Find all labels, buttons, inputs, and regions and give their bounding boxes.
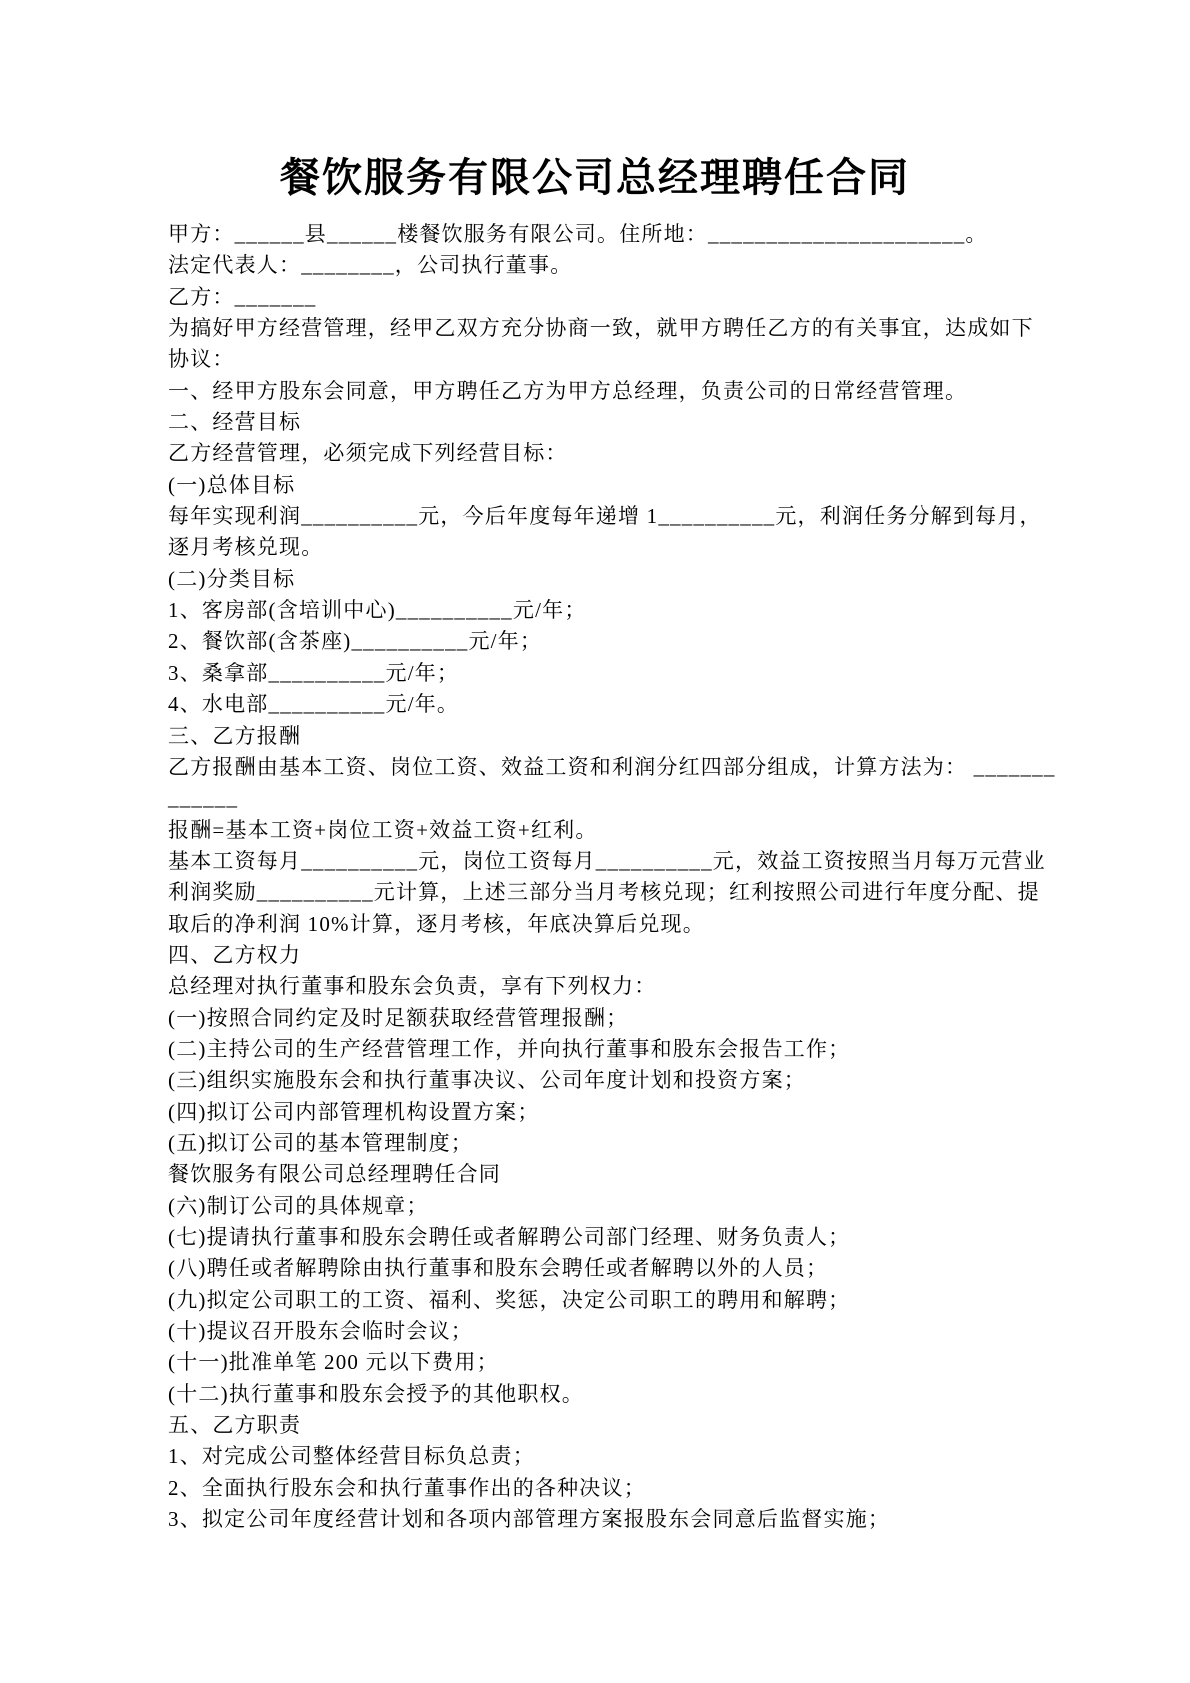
document-line: (七)提请执行董事和股东会聘任或者解聘公司部门经理、财务负责人； bbox=[168, 1222, 1048, 1253]
document-line: 3、拟定公司年度经营计划和各项内部管理方案报股东会同意后监督实施； bbox=[168, 1504, 1048, 1535]
document-title: 餐饮服务有限公司总经理聘任合同 bbox=[0, 152, 1190, 204]
document-line: 法定代表人：________，公司执行董事。 bbox=[168, 250, 1048, 281]
document-line: (三)组织实施股东会和执行董事决议、公司年度计划和投资方案； bbox=[168, 1065, 1048, 1096]
document-line: 乙方经营管理，必须完成下列经营目标： bbox=[168, 438, 1048, 469]
document-line: (一)总体目标 bbox=[168, 470, 1048, 501]
document-body: 甲方：______县______楼餐饮服务有限公司。住所地：__________… bbox=[168, 219, 1048, 1535]
document-line: 利润奖励__________元计算，上述三部分当月考核兑现；红利按照公司进行年度… bbox=[168, 877, 1048, 908]
document-line: 取后的净利润 10%计算，逐月考核，年底决算后兑现。 bbox=[168, 909, 1048, 940]
document-line: 协议： bbox=[168, 344, 1048, 375]
document-line: 三、乙方报酬 bbox=[168, 721, 1048, 752]
document-line: (四)拟订公司内部管理机构设置方案； bbox=[168, 1097, 1048, 1128]
document-line: 总经理对执行董事和股东会负责，享有下列权力： bbox=[168, 971, 1048, 1002]
contract-page: 餐饮服务有限公司总经理聘任合同 甲方：______县______楼餐饮服务有限公… bbox=[0, 0, 1190, 1683]
document-line: 一、经甲方股东会同意，甲方聘任乙方为甲方总经理，负责公司的日常经营管理。 bbox=[168, 376, 1048, 407]
document-line: 五、乙方职责 bbox=[168, 1410, 1048, 1441]
document-line: (九)拟定公司职工的工资、福利、奖惩，决定公司职工的聘用和解聘； bbox=[168, 1285, 1048, 1316]
document-line: 1、客房部(含培训中心)__________元/年； bbox=[168, 595, 1048, 626]
document-line: 2、餐饮部(含茶座)__________元/年； bbox=[168, 626, 1048, 657]
document-line: (六)制订公司的具体规章； bbox=[168, 1191, 1048, 1222]
document-line: (十二)执行董事和股东会授予的其他职权。 bbox=[168, 1379, 1048, 1410]
document-line: 为搞好甲方经营管理，经甲乙双方充分协商一致，就甲方聘任乙方的有关事宜，达成如下 bbox=[168, 313, 1048, 344]
document-line: 4、水电部__________元/年。 bbox=[168, 689, 1048, 720]
document-line: 乙方：_______ bbox=[168, 282, 1048, 313]
document-line: 1、对完成公司整体经营目标负总责； bbox=[168, 1441, 1048, 1472]
document-line: (八)聘任或者解聘除由执行董事和股东会聘任或者解聘以外的人员； bbox=[168, 1253, 1048, 1284]
document-line: 2、全面执行股东会和执行董事作出的各种决议； bbox=[168, 1473, 1048, 1504]
document-line: 四、乙方权力 bbox=[168, 940, 1048, 971]
document-line: (一)按照合同约定及时足额获取经营管理报酬； bbox=[168, 1003, 1048, 1034]
document-line: (五)拟订公司的基本管理制度； bbox=[168, 1128, 1048, 1159]
document-line: 乙方报酬由基本工资、岗位工资、效益工资和利润分红四部分组成，计算方法为： ___… bbox=[168, 752, 1048, 783]
document-line: 基本工资每月__________元，岗位工资每月__________元，效益工资… bbox=[168, 846, 1048, 877]
document-line: (十一)批准单笔 200 元以下费用； bbox=[168, 1347, 1048, 1378]
document-line: 餐饮服务有限公司总经理聘任合同 bbox=[168, 1159, 1048, 1190]
document-line: 甲方：______县______楼餐饮服务有限公司。住所地：__________… bbox=[168, 219, 1048, 250]
document-line: 每年实现利润__________元，今后年度每年递增 1__________元，… bbox=[168, 501, 1048, 532]
document-line: (二)主持公司的生产经营管理工作，并向执行董事和股东会报告工作； bbox=[168, 1034, 1048, 1065]
document-line: (二)分类目标 bbox=[168, 564, 1048, 595]
document-line: (十)提议召开股东会临时会议； bbox=[168, 1316, 1048, 1347]
document-line: 3、桑拿部__________元/年； bbox=[168, 658, 1048, 689]
document-line: ______ bbox=[168, 783, 1048, 814]
document-line: 报酬=基本工资+岗位工资+效益工资+红利。 bbox=[168, 815, 1048, 846]
document-line: 二、经营目标 bbox=[168, 407, 1048, 438]
document-line: 逐月考核兑现。 bbox=[168, 532, 1048, 563]
